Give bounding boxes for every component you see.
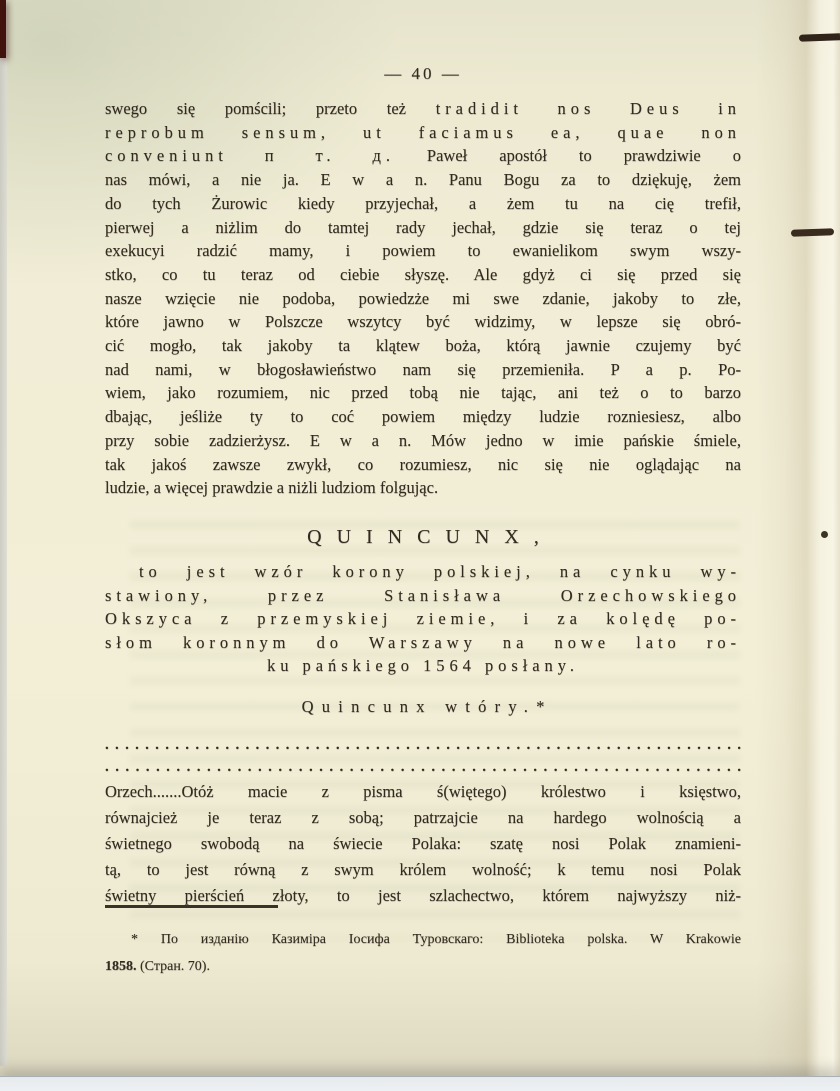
text-line: exekucyi radzić mamy, i powiem to ewanie… [105, 239, 741, 263]
text-line: przy sobie zadzierżysz. E w a n. Mów jed… [105, 429, 741, 453]
section-subtitle: to jest wzór korony polskiej, na cynku w… [105, 560, 741, 678]
page-number: — 40 — [105, 64, 741, 84]
footnote-page-ref: (Стран. 70). [140, 959, 210, 974]
text-line: tą, to jest równą z swym królem wolność;… [105, 857, 741, 883]
binding-mark [0, 0, 6, 58]
latin-quote-segment: conveniunt п т. д. [105, 146, 395, 165]
text-line: Orzech.......Otóż macie z pisma ś(więteg… [105, 779, 741, 805]
ellipsis-row: . . . . . . . . . . . . . . . . . . . . … [105, 735, 741, 757]
footnote-year: 1858. [105, 959, 137, 974]
footnote-line: 1858. (Стран. 70). [105, 953, 741, 980]
subtitle-line: stawiony, przez Stanisława Orzechowskieg… [105, 584, 741, 608]
text-line: nad nami, w błogosławieństwo nam się prz… [105, 358, 741, 382]
text-line: stko, co tu teraz od ciebie słyszę. Ale … [105, 263, 741, 287]
footnote-line: * По изданію Казиміра Іосифа Туровскаго:… [105, 926, 741, 953]
chapter-subheading: Quincunx wtóry.* [105, 697, 741, 717]
scanned-book-page: — 40 — swego się pomścili; przeto też tr… [0, 0, 840, 1091]
subtitle-line: to jest wzór korony polskiej, na cynku w… [105, 560, 741, 584]
text-segment: swego się pomścili; przeto też [105, 99, 406, 118]
page-bottom-edge [0, 1076, 840, 1091]
footnote: * По изданію Казиміра Іосифа Туровскаго:… [105, 926, 741, 980]
text-segment: Paweł apostół to prawdziwie o [427, 146, 741, 165]
subtitle-line: Okszyca z przemyskiej ziemie, i za kolęd… [105, 607, 741, 631]
text-line: swego się pomścili; przeto też tradidit … [105, 97, 741, 121]
ellipsis-row: . . . . . . . . . . . . . . . . . . . . … [105, 757, 741, 779]
text-line: cić mogło, tak jakoby ta klątew boża, kt… [105, 334, 741, 358]
text-line: pierwej a niżlim do tamtej rady jechał, … [105, 216, 741, 240]
latin-quote-segment: tradidit nos Deus in [436, 99, 741, 118]
margin-ink-dot [821, 531, 828, 538]
section-title: QUINCUNX, [105, 526, 741, 549]
subtitle-line: ku pańskiego 1564 posłany. [105, 654, 741, 678]
margin-ink-mark-middle [791, 228, 834, 236]
text-line: dbając, jeśliże ty to coć powiem między … [105, 405, 741, 429]
footnote-rule [105, 905, 278, 908]
ellipsis-rows: . . . . . . . . . . . . . . . . . . . . … [105, 735, 741, 778]
text-line: świetnego swobodą na świecie Polaka: sza… [105, 831, 741, 857]
orzech-paragraph: Orzech.......Otóż macie z pisma ś(więteg… [105, 779, 741, 909]
text-line: ludzie, a więcej prawdzie a niżli ludzio… [105, 476, 741, 500]
page-left-edge [0, 0, 7, 1066]
text-line: conveniunt п т. д. Paweł apostół to praw… [105, 144, 741, 168]
text-line: równajcież je teraz z sobą; patrzajcie n… [105, 805, 741, 831]
text-line: nasze wzięcie nie podoba, powiedzże mi s… [105, 287, 741, 311]
text-line: tak jakoś zawsze zwykł, co rozumiesz, ni… [105, 453, 741, 477]
text-line: które jawno w Polszcze wszytcy być widzi… [105, 310, 741, 334]
text-line: wiem, jako rozumiem, nic przed tobą nie … [105, 381, 741, 405]
text-line: reprobum sensum, ut faciamus ea, quae no… [105, 121, 741, 145]
page-fold-shadow [756, 0, 840, 1091]
dialog-paragraph: swego się pomścili; przeto też tradidit … [105, 97, 741, 500]
subtitle-line: słom koronnym do Warszawy na nowe lato r… [105, 631, 741, 655]
text-line: nas mówi, a nie ja. E w a n. Panu Bogu z… [105, 168, 741, 192]
text-line: do tych Żurowic kiedy przyjechał, a żem … [105, 192, 741, 216]
margin-ink-mark-top [799, 33, 840, 41]
